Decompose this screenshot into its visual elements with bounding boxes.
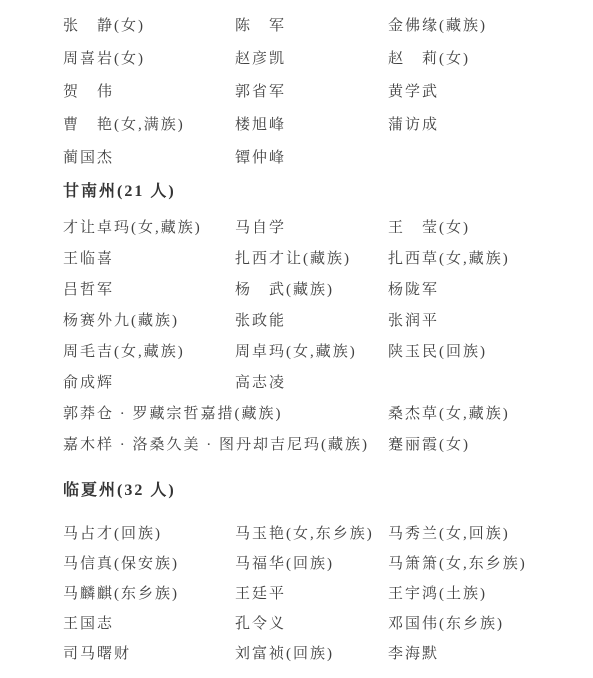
name-row: 曹 艳(女,满族) 楼旭峰 蒲访成 [63, 109, 583, 142]
name-entry: 周卓玛(女,藏族) [235, 337, 388, 368]
name-row: 王国志 孔令义 邓国伟(东乡族) [63, 609, 583, 639]
name-entry: 陈 军 [235, 10, 388, 43]
name-entry: 张润平 [388, 306, 583, 337]
name-row: 蔺国杰 镡仲峰 [63, 142, 583, 175]
name-entry: 陕玉民(回族) [388, 337, 583, 368]
name-entry: 蔺国杰 [63, 142, 235, 175]
name-list-section-linxia: 马占才(回族) 马玉艳(女,东乡族) 马秀兰(女,回族) 马信真(保安族) 马福… [63, 519, 583, 669]
name-entry: 赵彦凯 [235, 43, 388, 76]
name-entry: 马信真(保安族) [63, 549, 235, 579]
name-entry: 曹 艳(女,满族) [63, 109, 235, 142]
name-entry: 刘富祯(回族) [235, 639, 388, 669]
name-entry: 马箫箫(女,东乡族) [388, 549, 583, 579]
name-entry: 杨陇军 [388, 275, 583, 306]
name-row: 周喜岩(女) 赵彦凯 赵 莉(女) [63, 43, 583, 76]
name-entry: 蒲访成 [388, 109, 583, 142]
name-entry: 周喜岩(女) [63, 43, 235, 76]
name-list-section-gannan-wide: 郭莽仓 · 罗藏宗哲嘉措(藏族) 桑杰草(女,藏族) 嘉木样 · 洛桑久美 · … [63, 399, 583, 461]
name-entry: 司马曙财 [63, 639, 235, 669]
name-entry: 张政能 [235, 306, 388, 337]
name-entry: 马福华(回族) [235, 549, 388, 579]
name-entry: 黄学武 [388, 76, 583, 109]
name-entry: 邓国伟(东乡族) [388, 609, 583, 639]
document-page: 张 静(女) 陈 军 金佛缘(藏族) 周喜岩(女) 赵彦凯 赵 莉(女) 贺 伟… [0, 0, 593, 678]
name-entry: 楼旭峰 [235, 109, 388, 142]
name-row: 贺 伟 郭省军 黄学武 [63, 76, 583, 109]
name-entry: 王廷平 [235, 579, 388, 609]
name-entry: 王临喜 [63, 244, 235, 275]
name-entry: 嘉木样 · 洛桑久美 · 图丹却吉尼玛(藏族) [63, 430, 388, 461]
name-row: 吕哲军 杨 武(藏族) 杨陇军 [63, 275, 583, 306]
name-entry: 高志凌 [235, 368, 388, 399]
name-entry: 王宇鸿(土族) [388, 579, 583, 609]
name-entry: 郭省军 [235, 76, 388, 109]
name-row: 杨赛外九(藏族) 张政能 张润平 [63, 306, 583, 337]
name-entry: 贺 伟 [63, 76, 235, 109]
name-entry: 金佛缘(藏族) [388, 10, 583, 43]
name-entry: 李海默 [388, 639, 583, 669]
name-row: 俞成辉 高志凌 [63, 368, 583, 399]
name-row: 司马曙财 刘富祯(回族) 李海默 [63, 639, 583, 669]
name-entry: 马玉艳(女,东乡族) [235, 519, 388, 549]
section-header-linxia: 临夏州(32 人) [63, 481, 176, 501]
name-entry [388, 368, 583, 399]
name-entry: 俞成辉 [63, 368, 235, 399]
name-entry: 王国志 [63, 609, 235, 639]
name-row: 才让卓玛(女,藏族) 马自学 王 莹(女) [63, 213, 583, 244]
name-row: 张 静(女) 陈 军 金佛缘(藏族) [63, 10, 583, 43]
name-entry: 蹇丽霞(女) [388, 430, 583, 461]
name-entry: 孔令义 [235, 609, 388, 639]
name-entry: 马自学 [235, 213, 388, 244]
name-row: 郭莽仓 · 罗藏宗哲嘉措(藏族) 桑杰草(女,藏族) [63, 399, 583, 430]
name-entry: 吕哲军 [63, 275, 235, 306]
name-row: 嘉木样 · 洛桑久美 · 图丹却吉尼玛(藏族) 蹇丽霞(女) [63, 430, 583, 461]
name-entry: 马秀兰(女,回族) [388, 519, 583, 549]
section-header-gannan: 甘南州(21 人) [63, 182, 176, 202]
name-list-section-gannan: 才让卓玛(女,藏族) 马自学 王 莹(女) 王临喜 扎西才让(藏族) 扎西草(女… [63, 213, 583, 399]
name-entry: 马麟麒(东乡族) [63, 579, 235, 609]
name-entry: 郭莽仓 · 罗藏宗哲嘉措(藏族) [63, 399, 388, 430]
name-entry [388, 142, 583, 175]
name-entry: 周毛吉(女,藏族) [63, 337, 235, 368]
name-entry: 王 莹(女) [388, 213, 583, 244]
name-entry: 桑杰草(女,藏族) [388, 399, 583, 430]
name-entry: 马占才(回族) [63, 519, 235, 549]
name-row: 马麟麒(东乡族) 王廷平 王宇鸿(土族) [63, 579, 583, 609]
name-entry: 张 静(女) [63, 10, 235, 43]
name-entry: 扎西草(女,藏族) [388, 244, 583, 275]
name-row: 周毛吉(女,藏族) 周卓玛(女,藏族) 陕玉民(回族) [63, 337, 583, 368]
name-row: 王临喜 扎西才让(藏族) 扎西草(女,藏族) [63, 244, 583, 275]
name-entry: 杨 武(藏族) [235, 275, 388, 306]
name-entry: 才让卓玛(女,藏族) [63, 213, 235, 244]
name-entry: 赵 莉(女) [388, 43, 583, 76]
name-row: 马信真(保安族) 马福华(回族) 马箫箫(女,东乡族) [63, 549, 583, 579]
name-entry: 杨赛外九(藏族) [63, 306, 235, 337]
name-row: 马占才(回族) 马玉艳(女,东乡族) 马秀兰(女,回族) [63, 519, 583, 549]
name-list-section-top: 张 静(女) 陈 军 金佛缘(藏族) 周喜岩(女) 赵彦凯 赵 莉(女) 贺 伟… [63, 10, 583, 175]
name-entry: 扎西才让(藏族) [235, 244, 388, 275]
name-entry: 镡仲峰 [235, 142, 388, 175]
